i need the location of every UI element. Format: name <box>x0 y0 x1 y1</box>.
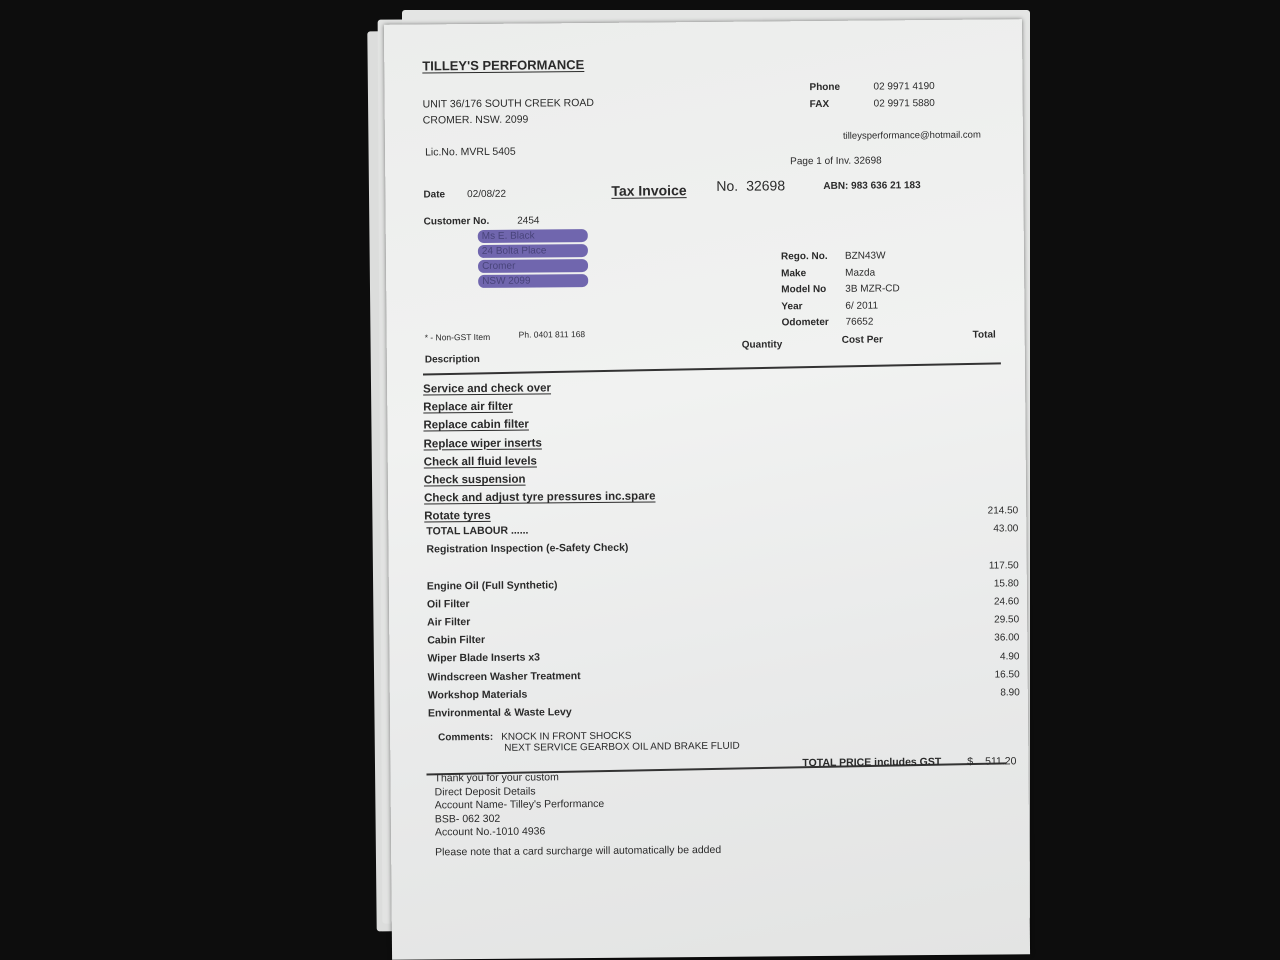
line-item-total: 36.00 <box>949 630 1019 649</box>
line-item-description: Environmental & Waste Levy <box>428 703 630 723</box>
line-item-total: 214.50 <box>948 502 1018 521</box>
labour-item: Replace air filter <box>423 397 655 417</box>
line-items-descriptions: TOTAL LABOUR ......Registration Inspecti… <box>426 521 630 723</box>
vehicle-details: Rego. No.BZN43WMakeMazdaModel No3B MZR-C… <box>781 248 900 332</box>
header-divider <box>423 362 1001 375</box>
line-item-total: 24.60 <box>949 593 1019 612</box>
contact-block: Phone02 9971 4190 FAX02 9971 5880 <box>809 78 934 113</box>
payment-details: Thank you for your customDirect Deposit … <box>434 771 604 840</box>
vehicle-value: 76652 <box>845 317 873 328</box>
labour-item: Service and check over <box>423 378 655 398</box>
customer-number-label: Customer No. <box>424 216 490 228</box>
line-item-total: 43.00 <box>948 520 1018 539</box>
labour-items-list: Service and check overReplace air filter… <box>423 378 656 526</box>
vehicle-label: Model No <box>781 282 845 299</box>
line-item-total: 8.90 <box>950 684 1020 703</box>
line-item-description: Wiper Blade Inserts x3 <box>427 648 629 668</box>
comments-label: Comments: <box>438 732 493 743</box>
vehicle-label: Year <box>781 298 845 315</box>
phone-value: 02 9971 4190 <box>873 81 934 93</box>
column-cost-per: Cost Per <box>842 334 883 345</box>
vehicle-value: 6/ 2011 <box>845 300 878 311</box>
tax-invoice-page: TILLEY'S PERFORMANCE UNIT 36/176 SOUTH C… <box>384 19 1030 960</box>
phone-label: Phone <box>809 79 873 97</box>
total-label: TOTAL PRICE includes GST <box>802 756 941 769</box>
company-name: TILLEY'S PERFORMANCE <box>422 57 584 73</box>
labour-item: Check and adjust tyre pressures inc.spar… <box>424 488 656 508</box>
invoice-date: Date02/08/22 <box>423 189 506 201</box>
vehicle-value: 3B MZR-CD <box>845 283 900 294</box>
total-value: 511.20 <box>985 755 1016 767</box>
invoice-number-value: 32698 <box>746 177 785 193</box>
abn: ABN: 983 636 21 183 <box>823 180 920 192</box>
labour-item: Replace cabin filter <box>423 415 655 435</box>
line-item-total: 16.50 <box>950 666 1020 685</box>
fax-value: 02 9971 5880 <box>874 98 935 110</box>
comment-line-2: NEXT SERVICE GEARBOX OIL AND BRAKE FLUID <box>504 741 740 754</box>
line-item-total: 15.80 <box>949 575 1019 594</box>
date-label: Date <box>423 189 445 200</box>
customer-number-value: 2454 <box>517 215 539 226</box>
non-gst-note: * - Non-GST Item <box>425 332 491 343</box>
line-item-description: Workshop Materials <box>428 685 630 705</box>
line-item-description: Engine Oil (Full Synthetic) <box>427 575 629 595</box>
vehicle-label: Make <box>781 265 845 282</box>
total-price: TOTAL PRICE includes GST$511.20 <box>802 755 1016 769</box>
column-description: Description <box>425 354 480 365</box>
address-line-2: CROMER. NSW. 2099 <box>423 111 594 128</box>
line-item-total: 117.50 <box>949 557 1019 576</box>
company-address: UNIT 36/176 SOUTH CREEK ROAD CROMER. NSW… <box>423 95 595 128</box>
line-items-totals: 214.5043.00 117.5015.8024.6029.5036.004.… <box>948 502 1020 703</box>
company-email: tilleysperformance@hotmail.com <box>843 130 981 142</box>
redacted-line: NSW 2099 <box>478 274 588 288</box>
document-title: Tax Invoice <box>611 182 686 199</box>
line-item-description: Oil Filter <box>427 593 629 613</box>
redacted-customer-address: Ms E. Black 24 Bolta Place Cromer NSW 20… <box>478 229 589 290</box>
column-total: Total <box>973 329 996 340</box>
fax-label: FAX <box>810 96 874 114</box>
vehicle-value: BZN43W <box>845 250 886 261</box>
vehicle-row: Rego. No.BZN43W <box>781 248 900 266</box>
address-line-1: UNIT 36/176 SOUTH CREEK ROAD <box>423 95 594 112</box>
labour-item: Replace wiper inserts <box>424 433 656 453</box>
vehicle-row: MakeMazda <box>781 265 900 283</box>
labour-item: Check all fluid levels <box>424 451 656 471</box>
licence-number: Lic.No. MVRL 5405 <box>425 146 516 159</box>
line-item-total: 29.50 <box>949 612 1019 631</box>
line-item-description <box>427 557 629 577</box>
line-item-description: Air Filter <box>427 612 629 632</box>
redacted-line: Ms E. Black <box>478 229 588 243</box>
vehicle-label: Odometer <box>781 315 845 332</box>
vehicle-row: Model No3B MZR-CD <box>781 281 900 299</box>
customer-phone: Ph. 0401 811 168 <box>519 329 586 340</box>
page-info: Page 1 of Inv. 32698 <box>790 155 882 167</box>
payment-detail-line: Account Name- Tilley's Performance <box>435 798 605 813</box>
line-item-description: Cabin Filter <box>427 630 629 650</box>
redacted-line: Cromer <box>478 259 588 273</box>
comments: Comments:KNOCK IN FRONT SHOCKS NEXT SERV… <box>438 730 740 755</box>
payment-detail-line: Account No.-1010 4936 <box>435 825 605 840</box>
vehicle-label: Rego. No. <box>781 249 845 266</box>
line-item-description: TOTAL LABOUR ...... <box>426 521 628 541</box>
vehicle-value: Mazda <box>845 267 875 278</box>
invoice-number-label: No. <box>716 178 738 194</box>
column-quantity: Quantity <box>742 339 783 350</box>
date-value: 02/08/22 <box>467 189 506 200</box>
labour-item: Check suspension <box>424 469 656 489</box>
line-item-total: 4.90 <box>949 648 1019 667</box>
customer-number: Customer No.2454 <box>424 215 540 227</box>
line-item-description: Windscreen Washer Treatment <box>428 666 630 686</box>
invoice-number: No.32698 <box>716 177 785 194</box>
surcharge-note: Please note that a card surcharge will a… <box>435 844 721 858</box>
line-item-total <box>948 539 1018 558</box>
total-currency: $ <box>967 756 973 768</box>
vehicle-row: Odometer76652 <box>781 314 900 332</box>
line-item-description: Registration Inspection (e-Safety Check) <box>426 539 628 559</box>
redacted-line: 24 Bolta Place <box>478 244 588 258</box>
vehicle-row: Year6/ 2011 <box>781 298 900 316</box>
